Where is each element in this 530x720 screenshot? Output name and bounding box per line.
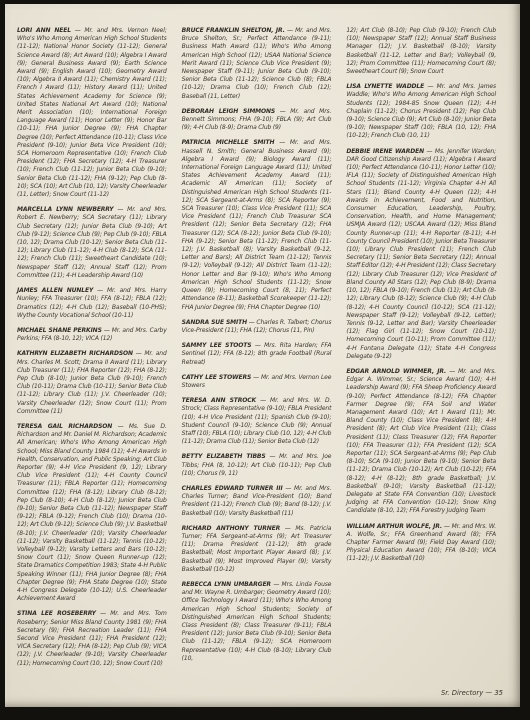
student-name: LORI ANN NEEL (17, 27, 71, 34)
directory-entry: JAMES ALLEN NUNLEY — Mr. and Mrs. Harry … (17, 287, 167, 320)
student-name: KATHRYN ELIZABETH RICHARDSON (17, 350, 133, 357)
student-name: SAMMY LEE STOOTS (182, 342, 252, 349)
student-name: LISA LYNETTE WADDLE (346, 83, 424, 90)
student-name: WILLIAM ARTHUR WOLFE, JR. (346, 523, 442, 530)
student-name: MICHAEL SHANE PERKINS (17, 327, 102, 334)
column-2: BRUCE FRANKLIN SHELTON, JR. — Mr. and Mr… (182, 27, 332, 681)
directory-entry: PATRICIA MICHELLE SMITH — Mr. and Mrs. H… (182, 139, 332, 311)
directory-entry: KATHRYN ELIZABETH RICHARDSON — Mr. and M… (17, 350, 167, 416)
scanned-yearbook-page: LORI ANN NEEL — Mr. and Mrs. Vernon Neel… (0, 0, 530, 720)
entry-details: — Mr. and Mrs. Robert E. Newberry; SCA S… (17, 206, 167, 279)
directory-entry: WILLIAM ARTHUR WOLFE, JR. — Mr. and Mrs.… (346, 523, 496, 564)
directory-entry: TERESA ANN STROCK — Mr. and Mrs. W. D. S… (182, 397, 332, 446)
student-name: RICHARD ANTHONY TURNER (182, 525, 280, 532)
directory-entry: STINA LEE ROSEBERRY — Mr. and Mrs. Tom R… (17, 610, 167, 667)
directory-page: LORI ANN NEEL — Mr. and Mrs. Vernon Neel… (5, 4, 520, 707)
directory-columns: LORI ANN NEEL — Mr. and Mrs. Vernon Neel… (17, 27, 496, 681)
directory-entry: SAMMY LEE STOOTS — Mrs. Rita Harden; FFA… (182, 342, 332, 367)
entry-details: — Mr. and Mrs. Tom Roseberry; Senior Mis… (17, 610, 167, 666)
student-name: EDGAR ARNOLD WIMMER, JR. (346, 368, 446, 375)
entry-details: — Mr. and Mrs. W. D. Strock; Class Repre… (182, 397, 332, 445)
student-name: DEBBIE IRENE WARDEN (346, 148, 424, 155)
directory-entry: CATHY LEE STOWERS — Mr. and Mrs. Vernon … (182, 374, 332, 390)
directory-entry: EDGAR ARNOLD WIMMER, JR. — Mr. and Mrs. … (346, 368, 496, 516)
entry-details: — Mr. and Mrs. Bruce Shelton, Sr.; Perfe… (182, 27, 332, 100)
entry-details: — Mr. and Mrs. James Waddle; Who's Who A… (346, 83, 496, 139)
entry-details: — Mr. and Mrs. Hassell N. Smith; General… (182, 139, 332, 310)
column-3: 12); Art Club (8-10); Pep Club (9-10); F… (346, 27, 496, 681)
student-name: BRUCE FRANKLIN SHELTON, JR. (182, 27, 285, 34)
directory-entry: RICHARD ANTHONY TURNER — Ms. Patricia Tu… (182, 525, 332, 574)
directory-entry: LISA LYNETTE WADDLE — Mr. and Mrs. James… (346, 83, 496, 140)
student-name: PATRICIA MICHELLE SMITH (182, 139, 275, 146)
student-name: STINA LEE ROSEBERRY (17, 610, 96, 617)
student-name: REBECCA LYNN UMBARGER (182, 581, 271, 588)
student-name: CATHY LEE STOWERS (182, 374, 252, 381)
directory-entry: REBECCA LYNN UMBARGER — Mrs. Linda Fouse… (182, 581, 332, 663)
entry-details: — Ms. Sue D. Richardson and Mr. Daniel M… (17, 423, 167, 602)
student-name: CHARLES EDWARD TURNER III (182, 485, 283, 492)
directory-entry: TERESA GAIL RICHARDSON — Ms. Sue D. Rich… (17, 423, 167, 603)
student-name: SANDRA SUE SMITH (182, 319, 247, 326)
page-footer: Sr. Directory — 35 (441, 689, 503, 697)
entry-details: — Mr. and Mrs. Edgar A. Wimmer, Sr.; Sci… (346, 368, 496, 514)
student-name: DEBORAH LEIGH SIMMONS (182, 108, 275, 115)
directory-entry: MARCELLA LYNN NEWBERRY — Mr. and Mrs. Ro… (17, 206, 167, 280)
student-name: BETTY ELIZABETH TIBBS (182, 453, 266, 460)
entry-details: — Mrs. Linda Fouse and Mr. Wayne R. Umba… (182, 581, 332, 662)
entry-details: 12); Art Club (8-10); Pep Club (9-10); F… (346, 27, 496, 75)
directory-entry: BETTY ELIZABETH TIBBS — Mr. and Mrs. Joe… (182, 453, 332, 478)
entry-details: — Mr. and Mrs. Charles M. Scott; Drama I… (17, 350, 167, 414)
directory-entry: DEBORAH LEIGH SIMMONS — Mr. and Mrs. Ben… (182, 108, 332, 133)
student-name: MARCELLA LYNN NEWBERRY (17, 206, 113, 213)
directory-entry: CHARLES EDWARD TURNER III — Mr. and Mrs.… (182, 485, 332, 518)
student-name: TERESA ANN STROCK (182, 397, 256, 404)
directory-entry: LORI ANN NEEL — Mr. and Mrs. Vernon Neel… (17, 27, 167, 199)
student-name: TERESA GAIL RICHARDSON (17, 423, 112, 430)
column-1: LORI ANN NEEL — Mr. and Mrs. Vernon Neel… (17, 27, 167, 681)
directory-entry: BRUCE FRANKLIN SHELTON, JR. — Mr. and Mr… (182, 27, 332, 101)
student-name: JAMES ALLEN NUNLEY (17, 287, 93, 294)
directory-entry: SANDRA SUE SMITH — Charles R. Talbert; C… (182, 319, 332, 335)
entry-details: — Mr. and Mrs. Vernon Neel; Who's Who Am… (17, 27, 167, 198)
entry-details: — Ms. Jennifer Warden; DAR Good Citizens… (346, 148, 496, 360)
directory-entry: MICHAEL SHANE PERKINS — Mr. and Mrs. Car… (17, 327, 167, 343)
directory-entry-continuation: 12); Art Club (8-10); Pep Club (9-10); F… (346, 27, 496, 76)
directory-entry: DEBBIE IRENE WARDEN — Ms. Jennifer Warde… (346, 148, 496, 361)
